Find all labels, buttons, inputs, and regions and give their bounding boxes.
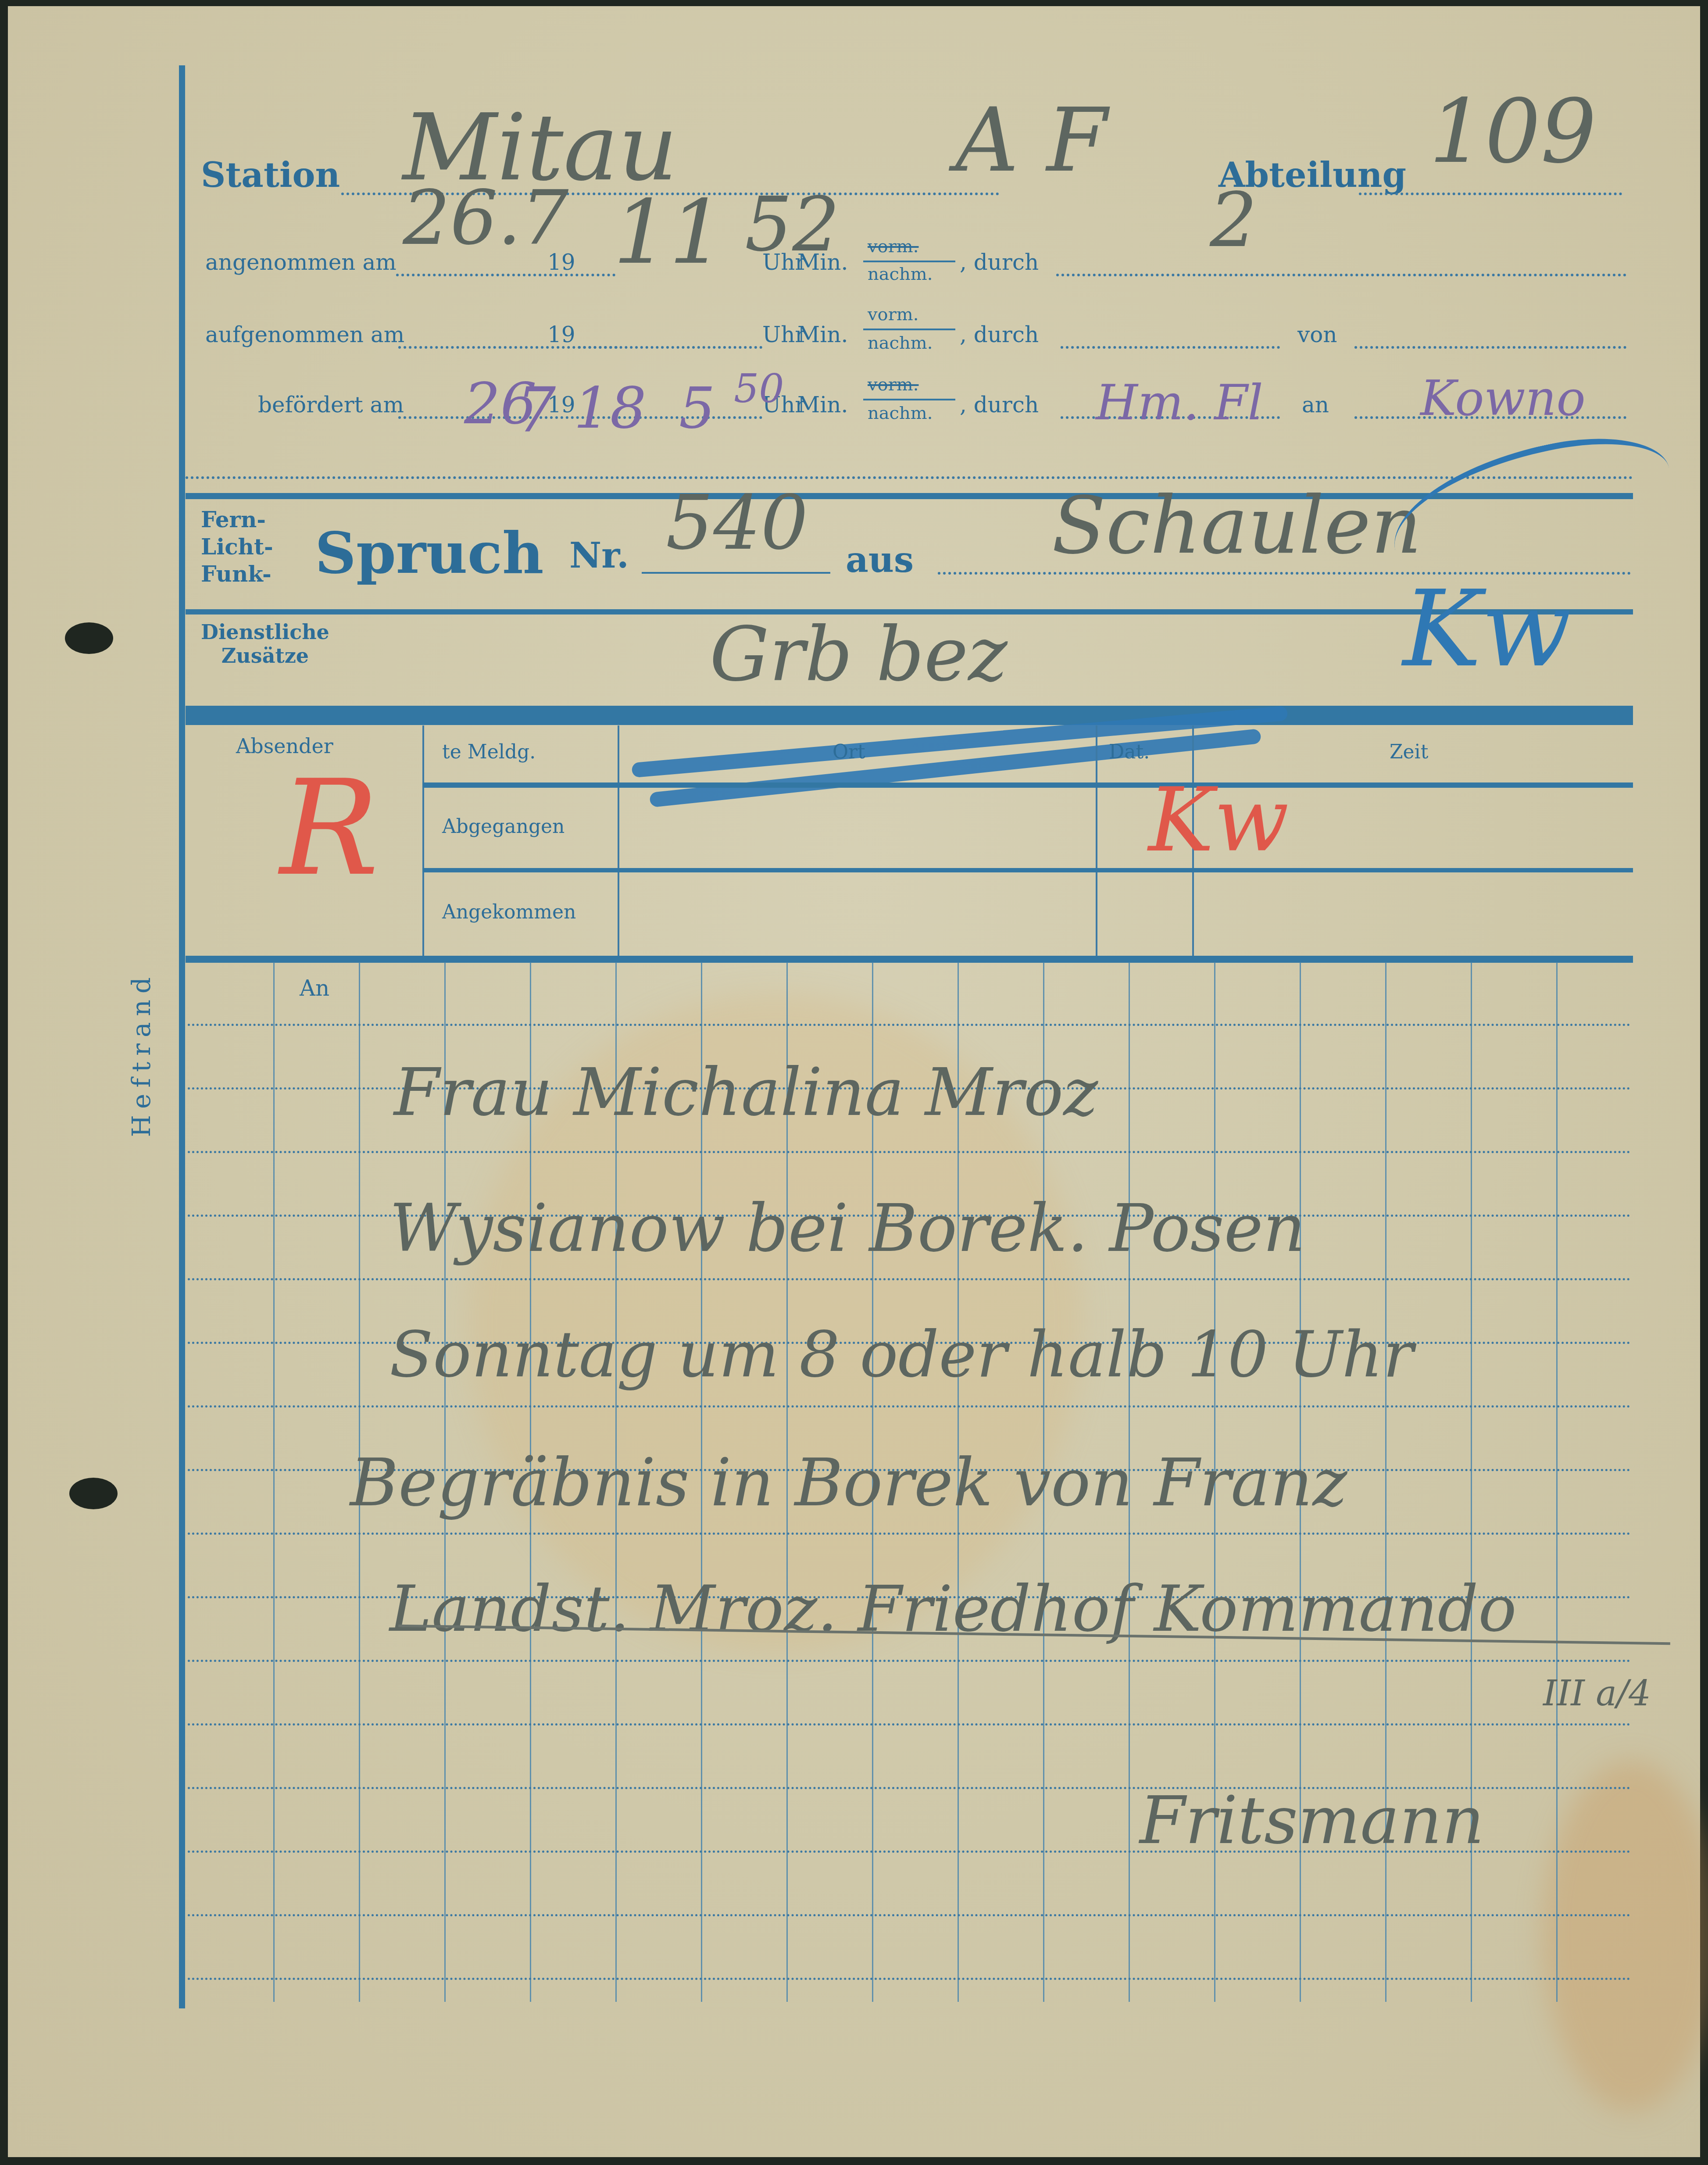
befoerdert-min-value: 50 — [734, 366, 784, 412]
row-abgegangen: Abgegangen — [442, 815, 565, 838]
angenommen-hour-value: 11 — [613, 182, 725, 284]
message-line-1: Frau Michalina Mroz — [394, 1054, 1098, 1131]
aufgenommen-durch-label: , durch — [960, 322, 1039, 347]
grid-row-line — [188, 1533, 1631, 1535]
angenommen-durch-label: , durch — [960, 250, 1039, 275]
heftrand-label: Heftrand — [126, 971, 156, 1137]
spruch-aus-value: Schaulen — [1052, 480, 1422, 572]
paper-stain — [1543, 1761, 1708, 2111]
befoerdert-vorm: vorm. — [868, 375, 918, 395]
station-label: Station — [201, 155, 340, 195]
col-ort: Ort — [833, 741, 865, 763]
spruch-nr-label: Nr. — [569, 535, 629, 576]
spruch-prefix: Fern- Licht- Funk- — [201, 506, 273, 588]
col-zeit: Zeit — [1390, 741, 1428, 763]
frame-left-border — [179, 65, 185, 2008]
sender-top-band — [186, 706, 1633, 725]
befoerdert-an-label: an — [1302, 392, 1329, 418]
punch-hole — [69, 1478, 118, 1509]
prefix-funk: Funk- — [201, 561, 273, 588]
prefix-licht: Licht- — [201, 533, 273, 561]
aufgenommen-hour-line — [578, 346, 762, 349]
befoerdert-min-label: Min. — [797, 392, 848, 418]
message-line-4: Begräbnis in Borek von Franz — [350, 1445, 1347, 1521]
angenommen-min-value: 52 — [745, 182, 840, 268]
spruch-nr-value: 540 — [666, 480, 808, 567]
abteilung-field-line — [1359, 193, 1622, 195]
punch-hole — [65, 622, 113, 654]
col-meldg: te Meldg. — [442, 741, 536, 763]
aufgenommen-durch-line — [1061, 346, 1280, 349]
spruch-title: Spruch — [315, 519, 543, 586]
absender-red-mark: R — [280, 752, 379, 905]
grid-row-line — [188, 1151, 1631, 1153]
angenommen-vorm: vorm. — [868, 236, 918, 257]
befoerdert-durch-label: , durch — [960, 392, 1039, 418]
abteilung-value: 109 — [1429, 81, 1597, 183]
aufgenommen-von-label: von — [1297, 322, 1337, 347]
grid-line — [1556, 962, 1558, 2002]
angenommen-durch-line — [1056, 274, 1626, 276]
grid-row-line — [188, 1024, 1631, 1026]
abteilung-extra: 2 — [1210, 177, 1257, 264]
ampm-divider — [863, 399, 955, 400]
station-extra: A F — [955, 89, 1108, 192]
dienstliche-line-1: Dienstliche — [201, 620, 329, 644]
befoerdert-hour-value: 5 — [679, 375, 715, 441]
grid-row-line — [188, 1723, 1631, 1726]
spruch-nr-line — [642, 572, 830, 574]
dienstliche-label: Dienstliche Zusätze — [201, 620, 329, 668]
angenommen-nachm: nachm. — [868, 264, 933, 284]
dienstliche-line-2: Zusätze — [201, 644, 329, 668]
message-line-6: III a/4 — [1543, 1673, 1651, 1714]
row-angekommen: Angekommen — [442, 901, 576, 923]
aufgenommen-von-line — [1354, 346, 1626, 349]
befoerdert-month-value: 7 — [517, 375, 556, 446]
message-line-3: Sonntag um 8 oder halb 10 Uhr — [389, 1318, 1413, 1392]
angenommen-label: angenommen am — [205, 250, 397, 275]
an-label: An — [300, 975, 329, 1001]
sender-col-divider — [1096, 725, 1097, 958]
grid-row-line — [188, 1405, 1631, 1408]
grid-row-line — [188, 1660, 1631, 1662]
aufgenommen-year-prefix: 19 — [547, 322, 575, 347]
sender-row-rule — [422, 782, 1633, 788]
aufgenommen-vorm: vorm. — [868, 304, 918, 325]
grid-row-line — [188, 1278, 1631, 1280]
ampm-divider — [863, 329, 955, 330]
befoerdert-nachm: nachm. — [868, 403, 933, 423]
sender-col-divider — [422, 725, 424, 958]
aufgenommen-label: aufgenommen am — [205, 322, 404, 347]
col-dat: Dat. — [1109, 741, 1150, 763]
header-bottom-line — [186, 476, 1633, 479]
dienstliche-value: Grb bez — [710, 611, 1008, 698]
angenommen-date-line — [396, 274, 615, 276]
aufgenommen-min-label: Min. — [797, 322, 848, 347]
befoerdert-durch-value: Hm. Fl — [1096, 375, 1263, 431]
angenommen-day-value: 26.7 — [403, 175, 569, 262]
prefix-fern: Fern- — [201, 506, 273, 533]
message-line-5: Landst. Mroz. Friedhof Kommando — [389, 1572, 1517, 1646]
sender-row-rule — [422, 868, 1633, 872]
befoerdert-an-value: Kowno — [1420, 370, 1586, 426]
message-line-2: Wysianow bei Borek. Posen — [389, 1190, 1305, 1267]
spruch-aus-label: aus — [846, 539, 914, 580]
grid-line — [273, 962, 275, 2002]
message-top-rule — [186, 956, 1633, 963]
grid-row-line — [188, 1978, 1631, 1980]
sender-col-divider — [618, 725, 619, 958]
red-check-mark: Kw — [1148, 769, 1289, 872]
telegram-form-sheet: Heftrand Station Mitau A F Abteilung 109… — [8, 6, 1700, 2157]
befoerdert-label: befördert am — [258, 392, 404, 418]
ampm-divider — [863, 261, 955, 262]
befoerdert-year-value: 18 — [574, 375, 646, 441]
aufgenommen-nachm: nachm. — [868, 333, 933, 353]
message-signature: Fritsmann — [1140, 1783, 1484, 1859]
grid-row-line — [188, 1914, 1631, 1916]
